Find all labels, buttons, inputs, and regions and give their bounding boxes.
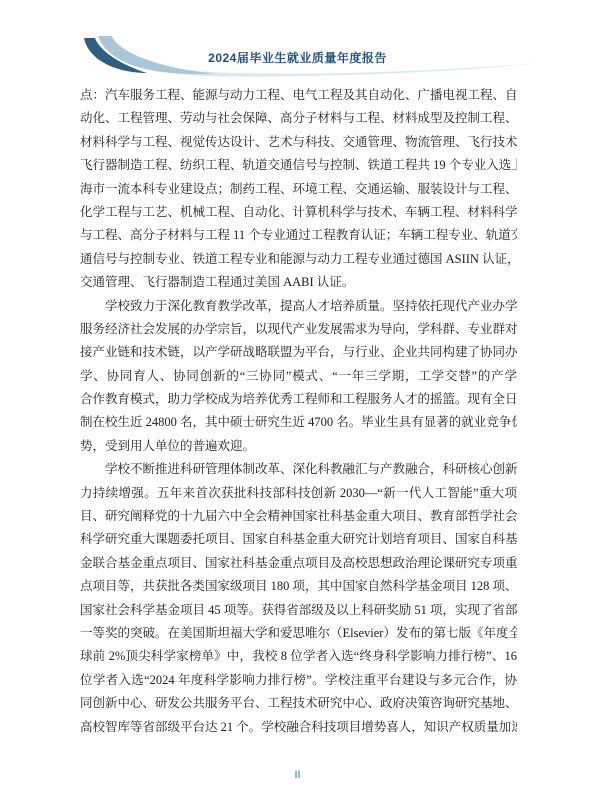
text-line: 学、协同育人、协同创新的“三协同”模式、“一年三学期，工学交替”的产学 [80, 365, 517, 388]
text-line: 材料科学与工程、视觉传达设计、艺术与科技、交通管理、物流管理、飞行技术、 [80, 131, 517, 154]
text-line: 接产业链和技术链，以产学研战略联盟为平台，与行业、企业共同构建了协同办 [80, 341, 517, 364]
page-footer: II [0, 769, 595, 781]
text-line: 同创新中心、研发公共服务平台、工程技术研究中心、政府决策咨询研究基地、 [80, 692, 517, 715]
text-line: 飞行器制造工程、纺织工程、轨道交通信号与控制、铁道工程共 19 个专业入选上 [80, 154, 517, 177]
text-line: 学校不断推进科研管理体制改革、深化科教融汇与产教融合，科研核心创新 [80, 458, 517, 481]
text-line: 合作教育模式，助力学校成为培养优秀工程师和工程服务人才的摇篮。现有全日 [80, 388, 517, 411]
paragraph: 学校不断推进科研管理体制改革、深化科教融汇与产教融合，科研核心创新力持续增强。五… [80, 458, 517, 739]
text-line: 海市一流本科专业建设点；制药工程、环境工程、交通运输、服装设计与工程、 [80, 178, 517, 201]
paragraph: 学校致力于深化教育教学改革，提高人才培养质量。坚持依托现代产业办学、服务经济社会… [80, 295, 517, 459]
text-line: 动化、工程管理、劳动与社会保障、高分子材料与工程、材料成型及控制工程、 [80, 107, 517, 130]
text-line: 位学者入选“2024 年度科学影响力排行榜”。学校注重平台建设与多元合作，协 [80, 669, 517, 692]
text-line: 化学工程与工艺、机械工程、自动化、计算机科学与技术、车辆工程、材料科学 [80, 201, 517, 224]
text-line: 科学研究重大课题委托项目、国家自科基金重大研究计划培育项目、国家自科基 [80, 528, 517, 551]
text-line: 金联合基金重点项目、国家社科基金重点项目及高校思想政治理论课研究专项重 [80, 552, 517, 575]
text-line: 点项目等，共获批各类国家级项目 180 项，其中国家自然科学基金项目 128 项… [80, 575, 517, 598]
page-number: II [294, 769, 300, 781]
document-body: 点：汽车服务工程、能源与动力工程、电气工程及其自动化、广播电视工程、自动化、工程… [80, 84, 517, 739]
text-line: 点：汽车服务工程、能源与动力工程、电气工程及其自动化、广播电视工程、自 [80, 84, 517, 107]
text-line: 国家社会科学基金项目 45 项等。获得省部级及以上科研奖励 51 项，实现了省部… [80, 599, 517, 622]
text-line: 交通管理、飞行器制造工程通过美国 AABI 认证。 [80, 271, 517, 294]
text-line: 制在校生近 24800 名，其中硕士研究生近 4700 名。毕业生具有显著的就业… [80, 411, 517, 434]
page-header: 2024届毕业生就业质量年度报告 [0, 0, 595, 80]
text-line: 与工程、高分子材料与工程 11 个专业通过工程教育认证；车辆工程专业、轨道交 [80, 224, 517, 247]
document-page: 2024届毕业生就业质量年度报告 点：汽车服务工程、能源与动力工程、电气工程及其… [0, 0, 595, 808]
text-line: 力持续增强。五年来首次获批科技部科技创新 2030—“新一代人工智能”重大项 [80, 482, 517, 505]
text-line: 通信号与控制专业、铁道工程专业和能源与动力工程专业通过德国 ASIIN 认证， [80, 248, 517, 271]
text-line: 服务经济社会发展的办学宗旨，以现代产业发展需求为导向，学科群、专业群对 [80, 318, 517, 341]
text-line: 势，受到用人单位的普遍欢迎。 [80, 435, 517, 458]
text-line: 学校致力于深化教育教学改革，提高人才培养质量。坚持依托现代产业办学、 [80, 295, 517, 318]
text-line: 球前 2%顶尖科学家榜单》中，我校 8 位学者入选“终身科学影响力排行榜”、16 [80, 645, 517, 668]
header-title: 2024届毕业生就业质量年度报告 [0, 49, 595, 66]
text-line: 目、研究阐释党的十九届六中全会精神国家社科基金重大项目、教育部哲学社会 [80, 505, 517, 528]
paragraph: 点：汽车服务工程、能源与动力工程、电气工程及其自动化、广播电视工程、自动化、工程… [80, 84, 517, 295]
text-line: 高校智库等省部级平台达 21 个。学校融合科技项目增势喜人，知识产权质量加速 [80, 716, 517, 739]
text-line: 一等奖的突破。在美国斯坦福大学和爱思唯尔（Elsevier）发布的第七版《年度全 [80, 622, 517, 645]
